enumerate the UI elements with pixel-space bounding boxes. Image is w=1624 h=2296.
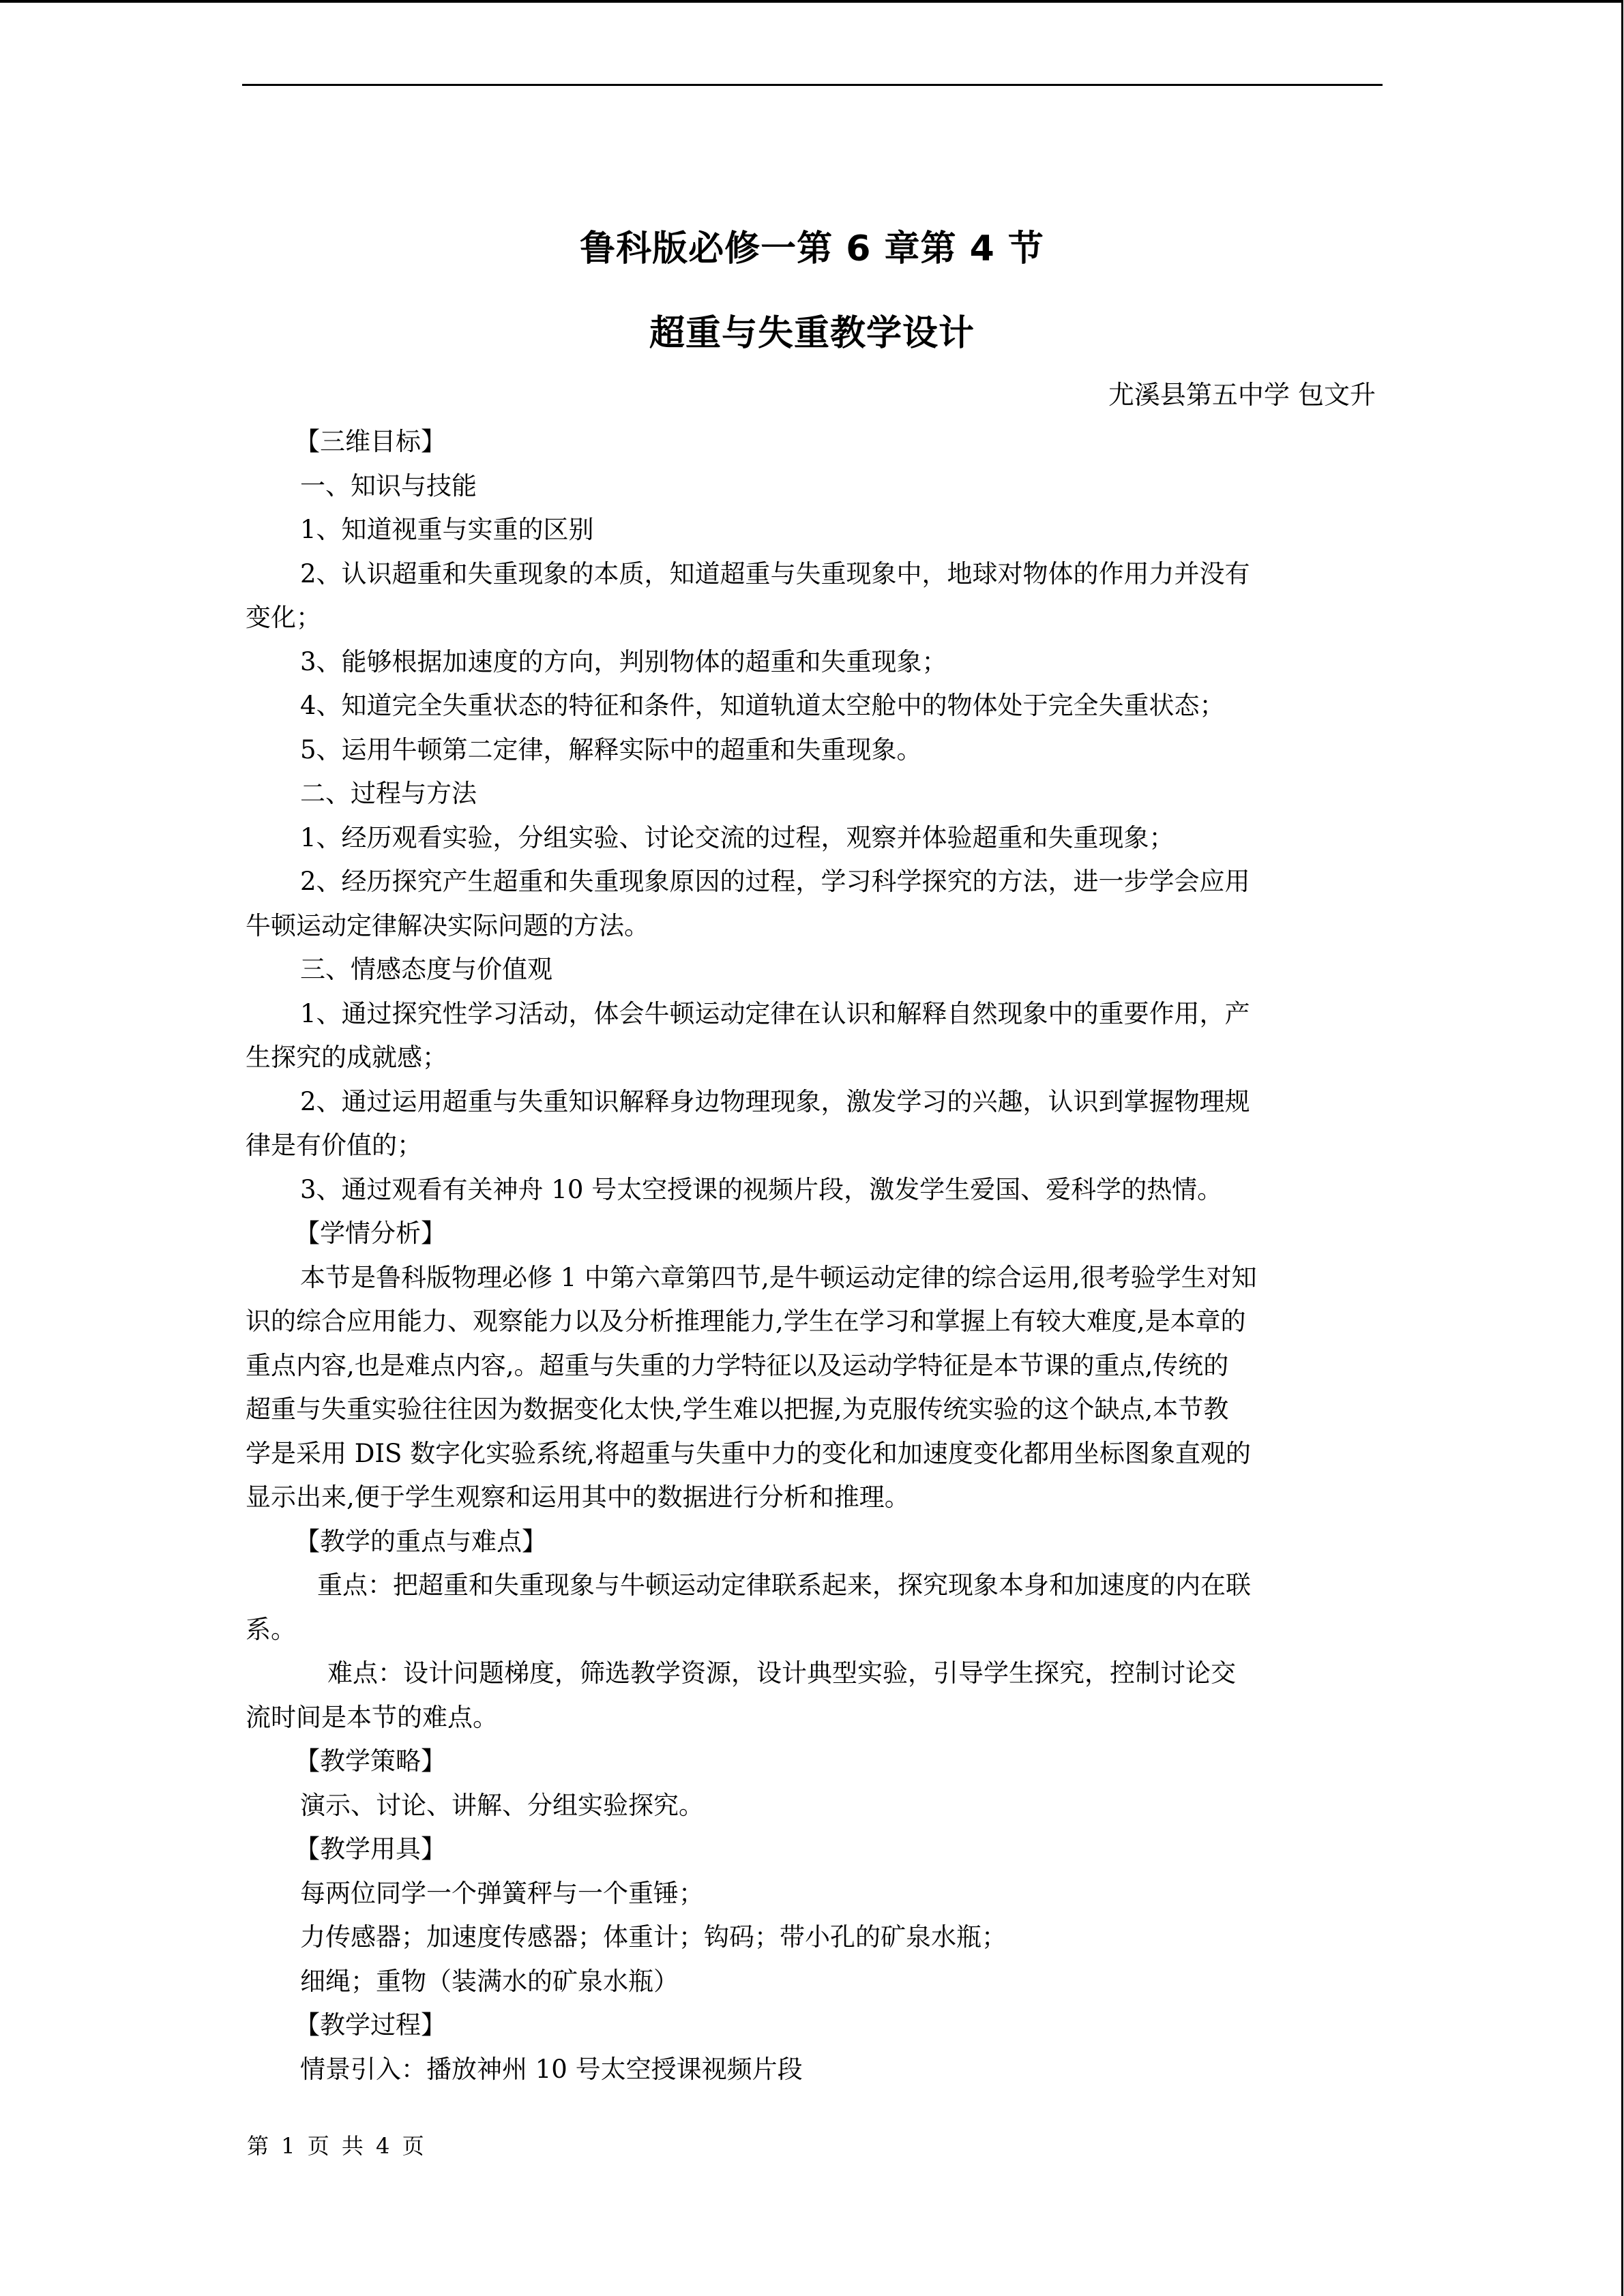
text-line: 1、通过探究性学习活动，体会牛顿运动定律在认识和解释自然现象中的重要作用，产 (246, 992, 1378, 1037)
text-line: 演示、讨论、讲解、分组实验探究。 (246, 1784, 1378, 1828)
text-line: 牛顿运动定律解决实际问题的方法。 (246, 904, 1378, 949)
text-line: 4、知道完全失重状态的特征和条件，知道轨道太空舱中的物体处于完全失重状态； (246, 684, 1378, 728)
text-line: 1、经历观看实验，分组实验、讨论交流的过程，观察并体验超重和失重现象； (246, 816, 1378, 861)
text-line: 细绳；重物（装满水的矿泉水瓶） (246, 1960, 1378, 2004)
text-line: 难点：设计问题梯度，筛选教学资源，设计典型实验，引导学生探究，控制讨论交 (246, 1652, 1378, 1696)
text-line: 2、认识超重和失重现象的本质，知道超重与失重现象中，地球对物体的作用力并没有 (246, 552, 1378, 597)
section-heading: 【教学策略】 (246, 1740, 1378, 1784)
section-heading: 【教学的重点与难点】 (246, 1520, 1378, 1564)
text-line: 识的综合应用能力、观察能力以及分析推理能力,学生在学习和掌握上有较大难度,是本章… (246, 1300, 1378, 1344)
text-line: 超重与失重实验往往因为数据变化太快,学生难以把握,为克服传统实验的这个缺点,本节… (246, 1388, 1378, 1432)
text-line: 2、经历探究产生超重和失重现象原因的过程，学习科学探究的方法，进一步学会应用 (246, 860, 1378, 904)
text-line: 变化； (246, 596, 1378, 640)
section-heading: 【三维目标】 (246, 420, 1378, 464)
text-line: 力传感器；加速度传感器；体重计；钩码；带小孔的矿泉水瓶； (246, 1915, 1378, 1960)
text-line: 二、过程与方法 (246, 772, 1378, 816)
text-line: 律是有价值的； (246, 1124, 1378, 1168)
header-rule (242, 84, 1383, 86)
text-line: 流时间是本节的难点。 (246, 1696, 1378, 1740)
section-heading: 【教学用具】 (246, 1828, 1378, 1872)
text-line: 2、通过运用超重与失重知识解释身边物理现象，激发学习的兴趣，认识到掌握物理规 (246, 1080, 1378, 1124)
text-line: 3、能够根据加速度的方向，判别物体的超重和失重现象； (246, 640, 1378, 685)
text-line: 学是采用 DIS 数字化实验系统,将超重与失重中力的变化和加速度变化都用坐标图象… (246, 1432, 1378, 1476)
section-heading: 【教学过程】 (246, 2003, 1378, 2048)
text-line: 系。 (246, 1608, 1378, 1652)
text-line: 显示出来,便于学生观察和运用其中的数据进行分析和推理。 (246, 1476, 1378, 1520)
text-line: 1、知道视重与实重的区别 (246, 508, 1378, 552)
text-line: 3、通过观看有关神舟 10 号太空授课的视频片段，激发学生爱国、爱科学的热情。 (246, 1168, 1378, 1212)
text-line: 生探究的成就感； (246, 1036, 1378, 1080)
page-number: 第 1 页 共 4 页 (247, 2129, 424, 2160)
text-line: 重点内容,也是难点内容,。超重与失重的力学特征以及运动学特征是本节课的重点,传统… (246, 1344, 1378, 1388)
text-line: 5、运用牛顿第二定律，解释实际中的超重和失重现象。 (246, 728, 1378, 773)
document-body: 【三维目标】一、知识与技能1、知道视重与实重的区别2、认识超重和失重现象的本质，… (246, 420, 1378, 2091)
text-line: 一、知识与技能 (246, 464, 1378, 509)
text-line: 每两位同学一个弹簧秤与一个重锤； (246, 1872, 1378, 1916)
section-heading: 【学情分析】 (246, 1212, 1378, 1256)
text-line: 本节是鲁科版物理必修 1 中第六章第四节,是牛顿运动定律的综合运用,很考验学生对… (246, 1256, 1378, 1300)
author-line: 尤溪县第五中学 包文升 (1108, 374, 1376, 411)
text-line: 情景引入：播放神州 10 号太空授课视频片段 (246, 2048, 1378, 2092)
text-line: 重点：把超重和失重现象与牛顿运动定律联系起来，探究现象本身和加速度的内在联 (246, 1564, 1378, 1608)
document-page: 鲁科版必修一第 6 章第 4 节 超重与失重教学设计 尤溪县第五中学 包文升 【… (0, 0, 1623, 2296)
text-line: 三、情感态度与价值观 (246, 948, 1378, 992)
document-subtitle: 超重与失重教学设计 (0, 304, 1624, 355)
document-title: 鲁科版必修一第 6 章第 4 节 (0, 220, 1624, 271)
